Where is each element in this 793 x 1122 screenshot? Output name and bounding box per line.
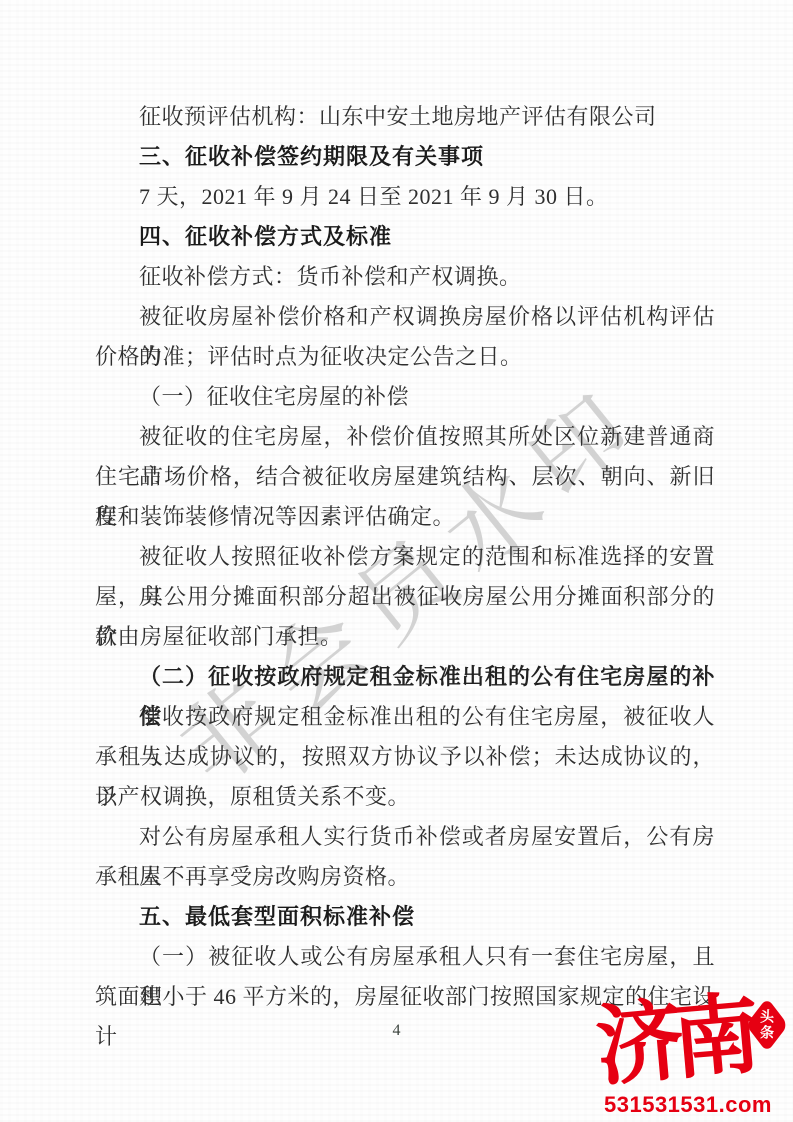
text-line: 度和装饰装修情况等因素评估确定。 [95,497,715,537]
toutiao-seal: 头条 [748,1000,786,1050]
text-line: 住宅市场价格，结合被征收房屋建筑结构、层次、朝向、新旧程 [95,457,715,497]
text-line: 款由房屋征收部门承担。 [95,617,715,657]
text-line: 以产权调换，原租赁关系不变。 [95,777,715,817]
text-line: 被征收人按照征收补偿方案规定的范围和标准选择的安置房 [95,537,715,577]
text-line: 征收预评估机构：山东中安土地房地产评估有限公司 [95,97,715,137]
sub-heading: （二）征收按政府规定租金标准出租的公有住宅房屋的补偿 [95,657,715,697]
text-line: 被征收房屋补偿价格和产权调换房屋价格以评估机构评估的 [95,297,715,337]
text-line: 对公有房屋承租人实行货币补偿或者房屋安置后，公有房屋 [95,817,715,857]
sub-heading: （一）征收住宅房屋的补偿 [95,377,715,417]
text-line: 7 天，2021 年 9 月 24 日至 2021 年 9 月 30 日。 [95,177,715,217]
text-line: 承租人不再享受房改购房资格。 [95,857,715,897]
text-line: 征收补偿方式：货币补偿和产权调换。 [95,257,715,297]
seal-badge-label: 头条 [748,1000,786,1050]
section-heading: 四、征收补偿方式及标准 [95,217,715,257]
section-heading: 五、最低套型面积标准补偿 [95,897,715,937]
document-body: 征收预评估机构：山东中安土地房地产评估有限公司 三、征收补偿签约期限及有关事项 … [95,97,715,1017]
text-line: 屋，其公用分摊面积部分超出被征收房屋公用分摊面积部分的价 [95,577,715,617]
text-line: 承租人达成协议的，按照双方协议予以补偿；未达成协议的，予 [95,737,715,777]
brand-logo-jinan: 济南 [592,988,751,1093]
text-line: 征收按政府规定租金标准出租的公有住宅房屋，被征收人与 [95,697,715,737]
brand-website-url: 531531531.com [604,1092,772,1118]
text-line: 被征收的住宅房屋，补偿价值按照其所处区位新建普通商品 [95,417,715,457]
document-page: 非会员水印 征收预评估机构：山东中安土地房地产评估有限公司 三、征收补偿签约期限… [0,0,793,1122]
text-line: 价格为准；评估时点为征收决定公告之日。 [95,337,715,377]
section-heading: 三、征收补偿签约期限及有关事项 [95,137,715,177]
text-line: （一）被征收人或公有房屋承租人只有一套住宅房屋，且建 [95,937,715,977]
